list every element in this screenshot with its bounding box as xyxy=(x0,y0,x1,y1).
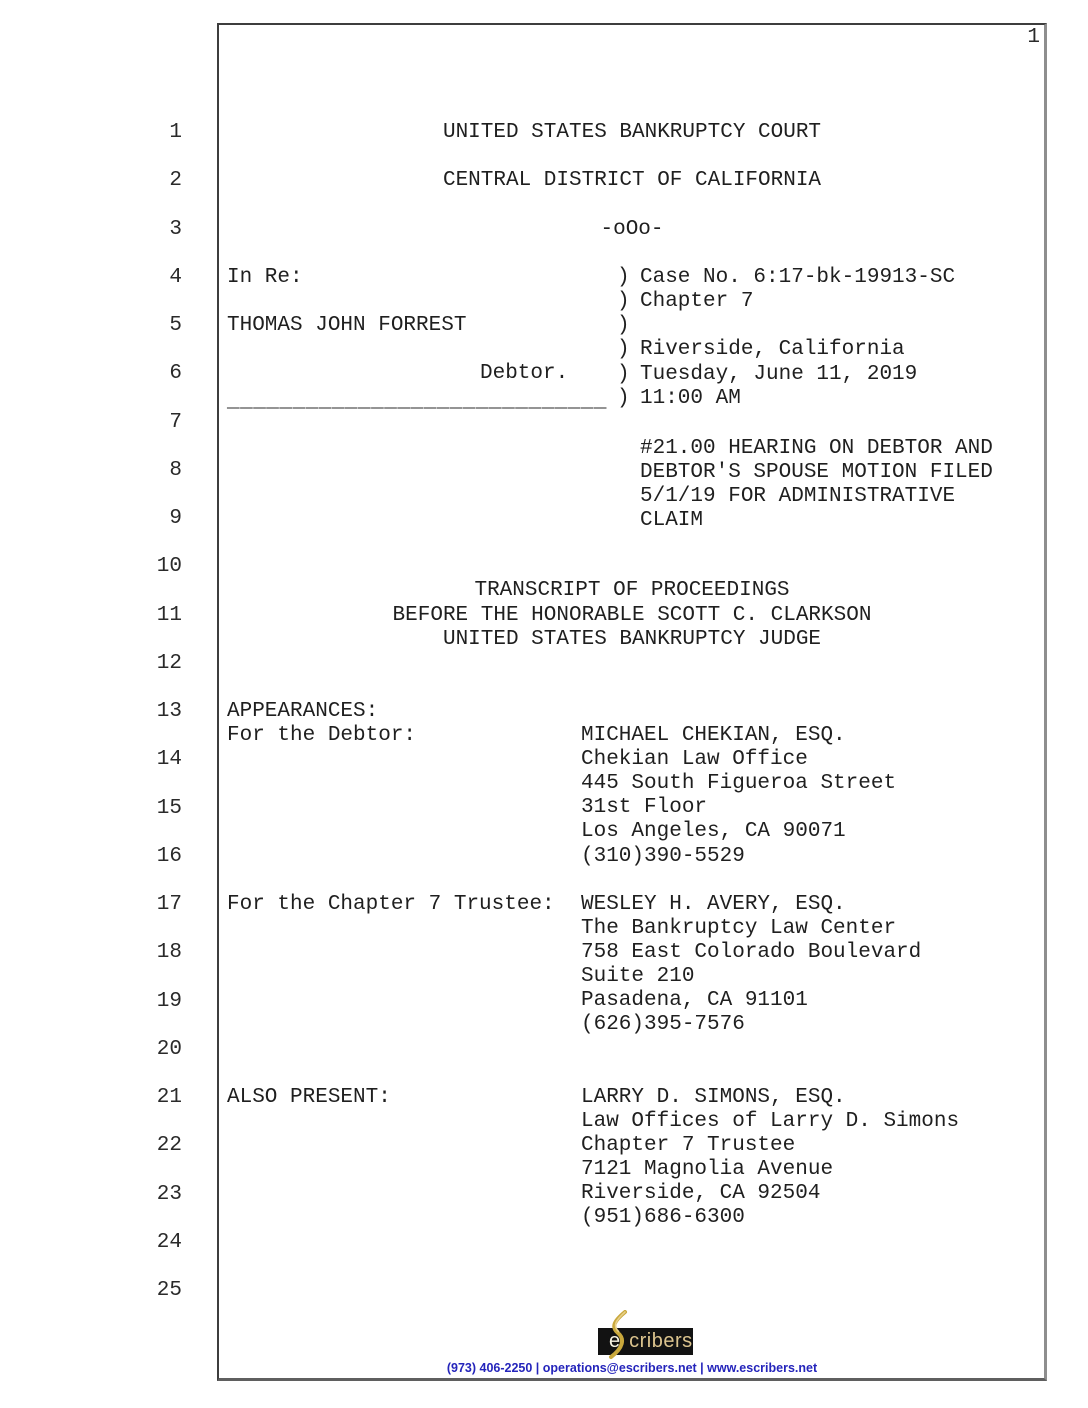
case-number: Case No. 6:17-bk-19913-SC xyxy=(640,266,955,290)
attorney-line: (626)395-7576 xyxy=(581,1013,745,1037)
debtor-name: THOMAS JOHN FORREST xyxy=(227,314,466,338)
caption-paren: ) xyxy=(617,338,630,362)
escribers-logo-text: cribers xyxy=(629,1330,693,1353)
line-number: 2 xyxy=(100,157,182,205)
attorney-line: Pasadena, CA 91101 xyxy=(581,989,808,1013)
attorney-line: LARRY D. SIMONS, ESQ. xyxy=(581,1086,846,1110)
line-number: 13 xyxy=(100,688,182,736)
attorney-line: 445 South Figueroa Street xyxy=(581,772,896,796)
judge-title: UNITED STATES BANKRUPTCY JUDGE xyxy=(219,628,1045,652)
debtor-label: Debtor. xyxy=(480,362,568,386)
attorney-line: 31st Floor xyxy=(581,796,707,820)
line-number: 22 xyxy=(100,1122,182,1170)
line-number: 10 xyxy=(100,543,182,591)
line-number: 19 xyxy=(100,978,182,1026)
line-number: 23 xyxy=(100,1171,182,1219)
transcript-title: TRANSCRIPT OF PROCEEDINGS xyxy=(219,579,1045,603)
attorney-line: 7121 Magnolia Avenue xyxy=(581,1158,833,1182)
line-number: 18 xyxy=(100,929,182,977)
caption-paren: ) xyxy=(617,266,630,290)
escribers-logo-swoosh-icon xyxy=(606,1310,630,1360)
line-number: 24 xyxy=(100,1219,182,1267)
judge-line: BEFORE THE HONORABLE SCOTT C. CLARKSON xyxy=(219,604,1045,628)
district-name: CENTRAL DISTRICT OF CALIFORNIA xyxy=(219,169,1045,193)
attorney-line: The Bankruptcy Law Center xyxy=(581,917,896,941)
line-number: 4 xyxy=(100,254,182,302)
caption-paren: ) xyxy=(617,387,630,411)
hearing-description-line: CLAIM xyxy=(640,509,703,533)
line-number: 15 xyxy=(100,785,182,833)
attorney-line: 758 East Colorado Boulevard xyxy=(581,941,921,965)
hearing-date: Tuesday, June 11, 2019 xyxy=(640,363,917,387)
court-name: UNITED STATES BANKRUPTCY COURT xyxy=(219,121,1045,145)
attorney-line: Riverside, CA 92504 xyxy=(581,1182,820,1206)
line-number: 8 xyxy=(100,447,182,495)
line-number: 11 xyxy=(100,592,182,640)
appearances-heading: APPEARANCES: xyxy=(227,700,378,724)
transcript-page: 1 2 3 4 5 6 7 8 9 10 11 12 13 14 15 16 1… xyxy=(0,0,1088,1408)
line-number: 12 xyxy=(100,640,182,688)
attorney-line: WESLEY H. AVERY, ESQ. xyxy=(581,893,846,917)
caption-paren: ) xyxy=(617,314,630,338)
caption-paren: ) xyxy=(617,290,630,314)
caption-underscore-line: _____________________________ xyxy=(227,390,607,414)
line-number: 14 xyxy=(100,736,182,784)
chapter-line: Chapter 7 xyxy=(640,290,753,314)
attorney-line: Chapter 7 Trustee xyxy=(581,1134,795,1158)
line-number: 20 xyxy=(100,1026,182,1074)
appearance-role: For the Chapter 7 Trustee: xyxy=(227,893,555,917)
line-number: 1 xyxy=(100,109,182,157)
line-number: 21 xyxy=(100,1074,182,1122)
footer-contact: (973) 406-2250 | operations@escribers.ne… xyxy=(219,1360,1045,1376)
line-number: 7 xyxy=(100,399,182,447)
line-number: 17 xyxy=(100,881,182,929)
ooo-separator: -oOo- xyxy=(219,218,1045,242)
line-number: 9 xyxy=(100,495,182,543)
hearing-description-line: #21.00 HEARING ON DEBTOR AND xyxy=(640,437,993,461)
line-number: 5 xyxy=(100,302,182,350)
line-number: 16 xyxy=(100,833,182,881)
line-number: 6 xyxy=(100,350,182,398)
attorney-line: (951)686-6300 xyxy=(581,1206,745,1230)
line-number-column: 1 2 3 4 5 6 7 8 9 10 11 12 13 14 15 16 1… xyxy=(100,109,182,1315)
attorney-line: Law Offices of Larry D. Simons xyxy=(581,1110,959,1134)
attorney-line: Suite 210 xyxy=(581,965,694,989)
hearing-location: Riverside, California xyxy=(640,338,905,362)
attorney-line: MICHAEL CHEKIAN, ESQ. xyxy=(581,724,846,748)
hearing-description-line: DEBTOR'S SPOUSE MOTION FILED xyxy=(640,461,993,485)
hearing-time: 11:00 AM xyxy=(640,387,741,411)
attorney-line: (310)390-5529 xyxy=(581,845,745,869)
caption-paren: ) xyxy=(617,363,630,387)
appearance-role: For the Debtor: xyxy=(227,724,416,748)
hearing-description-line: 5/1/19 FOR ADMINISTRATIVE xyxy=(640,485,955,509)
appearance-role: ALSO PRESENT: xyxy=(227,1086,391,1110)
line-number: 25 xyxy=(100,1267,182,1315)
page-number: 1 xyxy=(940,26,1040,50)
in-re-label: In Re: xyxy=(227,266,303,290)
attorney-line: Chekian Law Office xyxy=(581,748,808,772)
line-number: 3 xyxy=(100,206,182,254)
attorney-line: Los Angeles, CA 90071 xyxy=(581,820,846,844)
